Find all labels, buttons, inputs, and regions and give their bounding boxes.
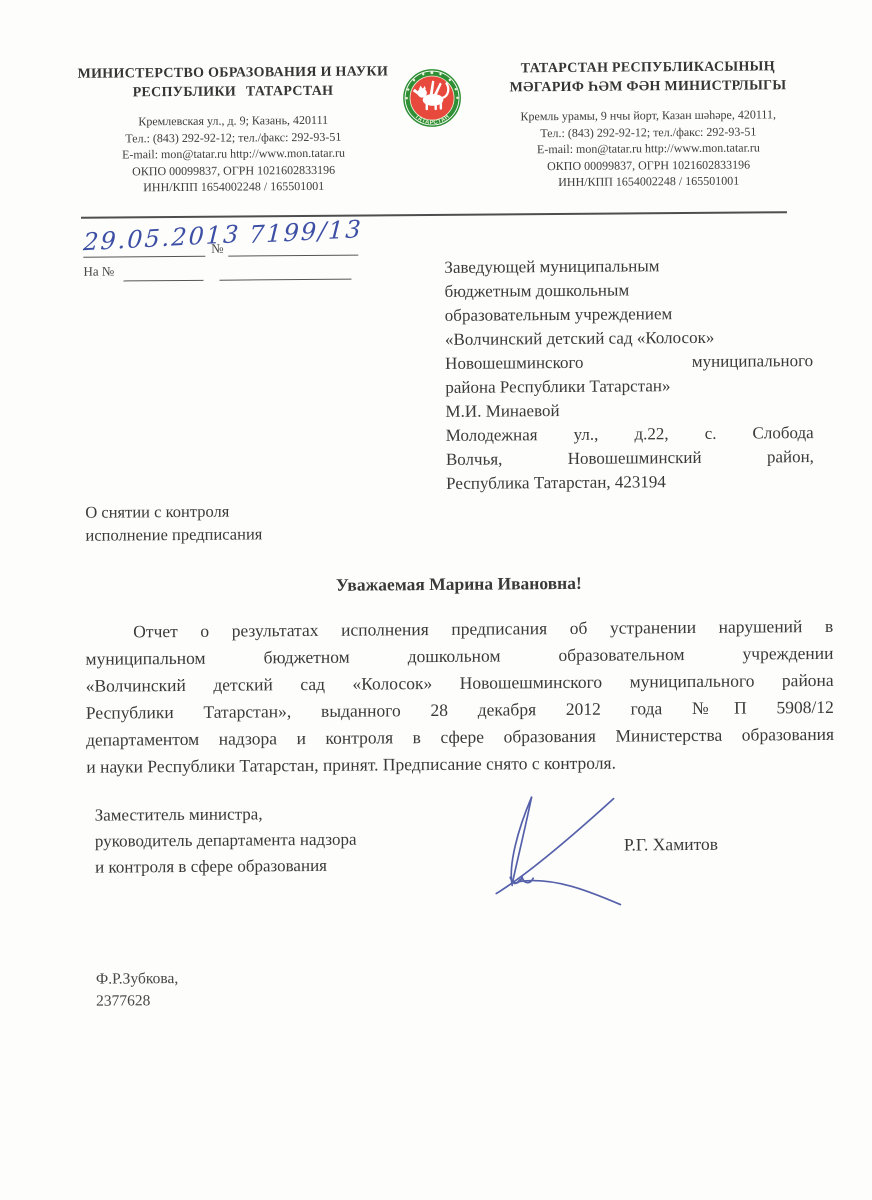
signature-strokes	[496, 797, 621, 906]
subject-block: О снятии с контроля исполнение предписан…	[85, 498, 405, 547]
handwritten-outgoing-number: 7199/13	[248, 215, 363, 249]
recipient-line: района Республики Татарстан»	[445, 373, 813, 400]
subject-line-2: исполнение предписания	[85, 521, 405, 547]
ministry-name-tt-line2: МӘГАРИФ ҺӘМ ФӘН МИНИСТРЛЫГЫ	[478, 76, 818, 98]
scanned-letter-page: МИНИСТЕРСТВО ОБРАЗОВАНИЯ И НАУКИ РЕСПУБЛ…	[0, 0, 872, 1200]
recipient-district: Волчья, Новошешминский район,	[446, 445, 814, 472]
recipient-line: бюджетным дошкольным	[444, 277, 812, 304]
salutation: Уважаемая Марина Ивановна!	[85, 571, 833, 598]
inn-kpp-tt: ИНН/КПП 1654002248 / 165501001	[479, 172, 819, 191]
subject-line-1: О снятии с контроля	[85, 498, 405, 524]
body-line: и науки Республики Татарстан, принят. Пр…	[86, 748, 834, 781]
recipient-street: Молодежная ул., д.22, с. Слобода	[446, 421, 814, 448]
executor-block: Ф.Р.Зубкова, 2377628	[96, 968, 179, 1013]
contact-details-ru: Кремлевская ул., д. 9; Казань, 420111 Те…	[68, 111, 399, 196]
letterhead-divider	[81, 211, 787, 219]
emblem-svg: ТАТАРСТАН	[402, 68, 462, 128]
letterhead-tatar: ТАТАРСТАН РЕСПУБЛИКАСЫНЫҢ МӘГАРИФ ҺӘМ ФӘ…	[478, 57, 819, 191]
letter-body: Отчет о результатах исполнения предписан…	[85, 613, 834, 781]
reply-underline-2	[219, 278, 351, 281]
inn-kpp-ru: ИНН/КПП 1654002248 / 165501001	[69, 177, 399, 196]
recipient-line: «Волчинский детский сад «Колосок»	[445, 325, 813, 352]
signer-title-line: руководитель департамента надзора	[95, 826, 455, 855]
executor-name: Ф.Р.Зубкова,	[96, 968, 178, 991]
ministry-name-ru-line1: МИНИСТЕРСТВО ОБРАЗОВАНИЯ И НАУКИ	[68, 62, 398, 84]
ministry-name-ru-line2: РЕСПУБЛИКИ ТАТАРСТАН	[68, 81, 398, 103]
reply-underline-1	[123, 279, 203, 282]
contact-details-tt: Кремль урамы, 9 нчы йорт, Казан шәһәре, …	[478, 106, 819, 191]
recipient-line: Заведующей муниципальным	[444, 253, 812, 280]
signer-title-block: Заместитель министра, руководитель депар…	[95, 800, 456, 881]
signer-title-line: и контроля в сфере образования	[95, 852, 455, 881]
letter-sheet: МИНИСТЕРСТВО ОБРАЗОВАНИЯ И НАУКИ РЕСПУБЛ…	[0, 0, 872, 1200]
letterhead-russian: МИНИСТЕРСТВО ОБРАЗОВАНИЯ И НАУКИ РЕСПУБЛ…	[68, 62, 399, 196]
reply-to-label: На №	[83, 264, 114, 280]
address-tt: Кремль урамы, 9 нчы йорт, Казан шәһәре, …	[478, 106, 818, 125]
handwritten-signature	[471, 780, 632, 906]
recipient-line: образовательным учреждением	[445, 301, 813, 328]
date-underline	[83, 255, 205, 258]
signature-svg	[471, 780, 632, 906]
recipient-region-zip: Республика Татарстан, 423194	[446, 469, 814, 496]
executor-phone: 2377628	[96, 990, 178, 1013]
recipient-line: Новошешминского муниципального	[445, 349, 813, 376]
number-sign-label: №	[211, 241, 224, 257]
recipient-address-block: Заведующей муниципальным бюджетным дошко…	[444, 253, 814, 496]
recipient-name: М.И. Минаевой	[445, 397, 813, 424]
signer-name: Р.Г. Хамитов	[624, 834, 718, 856]
tatarstan-coat-of-arms-icon: ТАТАРСТАН	[402, 68, 462, 128]
number-underline	[228, 254, 358, 257]
signer-title-line: Заместитель министра,	[95, 800, 455, 829]
